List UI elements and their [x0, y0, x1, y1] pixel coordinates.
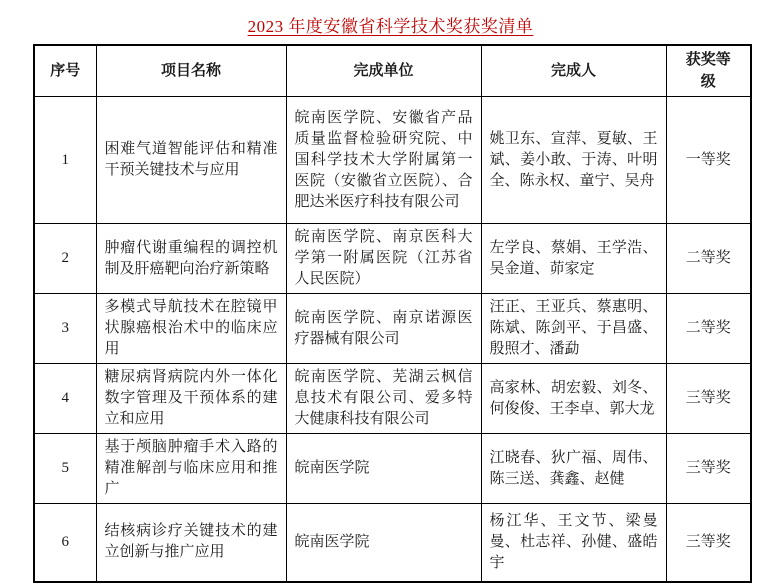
column-header-people-label: 完成人 — [551, 63, 596, 79]
cell-project: 结核病诊疗关键技术的建立创新与推广应用 — [96, 504, 286, 582]
cell-org: 皖南医学院、南京诺源医疗器械有限公司 — [286, 294, 481, 364]
column-header-people: 完成人 — [481, 45, 666, 97]
column-header-project: 项目名称 — [96, 45, 286, 97]
table-row: 1困难气道智能评估和精准干预关键技术与应用皖南医学院、安徽省产品质量监督检验研究… — [34, 97, 751, 224]
cell-award: 三等奖 — [666, 364, 751, 434]
cell-project: 困难气道智能评估和精准干预关键技术与应用 — [96, 97, 286, 224]
column-header-org: 完成单位 — [286, 45, 481, 97]
document-page: 2023 年度安徽省科学技术奖获奖清单 序号 项目名称 完成单位 完成人 — [0, 0, 781, 587]
column-header-award: 获奖等级 — [666, 45, 751, 97]
page-title: 2023 年度安徽省科学技术奖获奖清单 — [0, 12, 781, 37]
cell-people: 左学良、蔡娟、王学浩、吴金道、茆家定 — [481, 224, 666, 294]
cell-award: 三等奖 — [666, 504, 751, 582]
column-header-award-label: 获奖等级 — [684, 49, 734, 93]
header-row: 序号 项目名称 完成单位 完成人 获奖等级 — [34, 45, 751, 97]
table-body: 1困难气道智能评估和精准干预关键技术与应用皖南医学院、安徽省产品质量监督检验研究… — [34, 97, 751, 582]
cell-project: 基于颅脑肿瘤手术入路的精准解剖与临床应用和推广 — [96, 434, 286, 504]
table-row: 3多模式导航技术在腔镜甲状腺癌根治术中的临床应用皖南医学院、南京诺源医疗器械有限… — [34, 294, 751, 364]
cell-no: 3 — [34, 294, 96, 364]
cell-no: 6 — [34, 504, 96, 582]
cell-org: 皖南医学院、安徽省产品质量监督检验研究院、中国科学技术大学附属第一医院（安徽省立… — [286, 97, 481, 224]
cell-no: 4 — [34, 364, 96, 434]
cell-org: 皖南医学院、芜湖云枫信息技术有限公司、爱多特大健康科技有限公司 — [286, 364, 481, 434]
column-header-no: 序号 — [34, 45, 96, 97]
table-row: 4糖尿病肾病院内外一体化数字管理及干预体系的建立和应用皖南医学院、芜湖云枫信息技… — [34, 364, 751, 434]
cell-award: 三等奖 — [666, 434, 751, 504]
cell-org: 皖南医学院 — [286, 504, 481, 582]
column-header-no-label: 序号 — [50, 63, 80, 79]
table-row: 2肿瘤代谢重编程的调控机制及肝癌靶向治疗新策略皖南医学院、南京医科大学第一附属医… — [34, 224, 751, 294]
table-row: 5基于颅脑肿瘤手术入路的精准解剖与临床应用和推广皖南医学院江晓春、狄广福、周伟、… — [34, 434, 751, 504]
cell-award: 二等奖 — [666, 294, 751, 364]
column-header-org-label: 完成单位 — [353, 63, 413, 79]
cell-people: 高家林、胡宏毅、刘冬、何俊俊、王李卓、郭大龙 — [481, 364, 666, 434]
cell-project: 肿瘤代谢重编程的调控机制及肝癌靶向治疗新策略 — [96, 224, 286, 294]
cell-project: 多模式导航技术在腔镜甲状腺癌根治术中的临床应用 — [96, 294, 286, 364]
table-row: 6结核病诊疗关键技术的建立创新与推广应用皖南医学院杨江华、王文节、梁曼曼、杜志祥… — [34, 504, 751, 582]
cell-people: 杨江华、王文节、梁曼曼、杜志祥、孙健、盛皓宇 — [481, 504, 666, 582]
awards-table: 序号 项目名称 完成单位 完成人 获奖等级 1困难气道智能评估和精准干预关键技术… — [33, 44, 752, 583]
cell-no: 1 — [34, 97, 96, 224]
cell-people: 江晓春、狄广福、周伟、陈三送、龚鑫、赵健 — [481, 434, 666, 504]
cell-no: 5 — [34, 434, 96, 504]
cell-org: 皖南医学院 — [286, 434, 481, 504]
cell-no: 2 — [34, 224, 96, 294]
cell-people: 姚卫东、宣萍、夏敏、王斌、姜小敢、于涛、叶明全、陈永权、童宁、吴舟 — [481, 97, 666, 224]
cell-award: 一等奖 — [666, 97, 751, 224]
cell-project: 糖尿病肾病院内外一体化数字管理及干预体系的建立和应用 — [96, 364, 286, 434]
column-header-project-label: 项目名称 — [161, 63, 221, 79]
cell-org: 皖南医学院、南京医科大学第一附属医院（江苏省人民医院） — [286, 224, 481, 294]
cell-people: 汪正、王亚兵、蔡惠明、陈斌、陈剑平、于昌盛、殷照才、潘勐 — [481, 294, 666, 364]
cell-award: 二等奖 — [666, 224, 751, 294]
